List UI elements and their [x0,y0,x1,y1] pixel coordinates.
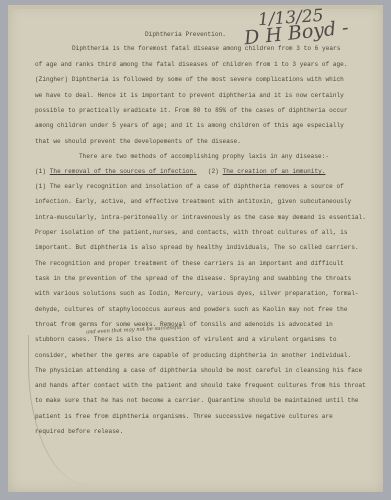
p2-line-3: intra-muscularly, intra-peritoneally or … [35,214,366,222]
method-2-text: The creation of an immunity. [223,168,326,175]
p1-line-2: of age and ranks third among the fatal d… [35,61,348,69]
p2-line-2: infection. Early, active, and effective … [35,198,351,206]
method-1-number: (1) [35,168,46,175]
method-2-number: (2) [208,168,219,175]
p2-line-13: The physician attending a case of diphth… [35,367,362,375]
p2-line-14: and hands after contact with the patient… [35,382,366,390]
p2-line-1: (1) The early recognition and insolation… [35,183,344,191]
methods-line: (1) The removal of the sources of infect… [35,168,326,176]
p1-line-3: (Zingher) Diphtheria is followed by some… [35,76,344,84]
p2-line-10: throat from germs for some weeks. Remova… [35,321,333,329]
p2-line-7: task in the prevention of the spread of … [35,275,351,283]
p1-line-4: we have to deal. Hence it is important t… [35,92,344,100]
p2-line-8: with various solutions such as Iodin, Me… [35,290,359,298]
p2-line-15: to make sure that he has not become a ca… [35,397,359,405]
p1-line-5: possible to practically eradicate it. Fr… [35,107,348,115]
p2-line-16: patient is free from diphtheria organism… [35,413,333,421]
method-1-text: The removal of the sources of infection. [50,168,197,175]
methods-intro: There are two methods of accomplishing p… [79,153,329,161]
p2-line-11: stubborn cases. There is also the questi… [35,336,337,344]
p1-line-6: among children under 5 years of age; and… [35,122,344,130]
document-title: Diphtheria Prevention. [145,31,226,39]
p2-line-5: important. But diphtheria is also spread… [35,244,359,252]
p2-line-6: The recognition and proper treatment of … [35,260,344,268]
p1-line-1: Diphtheria is the foremost fatal disease… [72,45,340,53]
p2-line-9: dehyde, cultures of staphylococcus aureu… [35,306,348,314]
p2-line-17: required before release. [35,428,123,436]
p2-line-12: consider, whether the germs are capable … [35,352,351,360]
p1-line-7: that we should prevent the developements… [35,138,241,146]
p2-line-4: Proper isolation of the patient,nurses, … [35,229,348,237]
